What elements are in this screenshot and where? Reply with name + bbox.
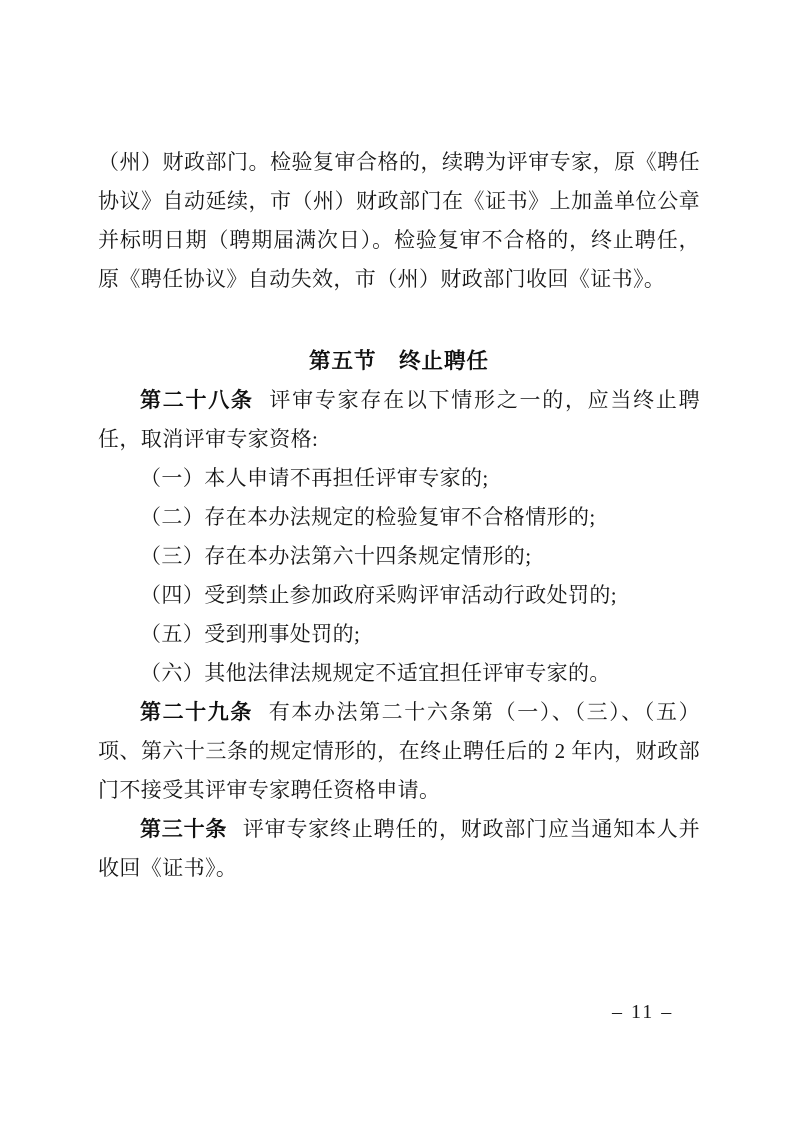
list-item: （三）存在本办法第六十四条规定情形的; <box>98 537 700 576</box>
list-item: （四）受到禁止参加政府采购评审活动行政处罚的; <box>98 576 700 615</box>
article-number: 第三十条 <box>140 817 227 841</box>
list-item: （一）本人申请不再担任评审专家的; <box>98 459 700 498</box>
list-item: （二）存在本办法规定的检验复审不合格情形的; <box>98 498 700 537</box>
list-item: （六）其他法律法规规定不适宜担任评审专家的。 <box>98 654 700 693</box>
page-number: – 11 – <box>612 997 673 1027</box>
paragraph-continuation: （州）财政部门。检验复审合格的，续聘为评审专家，原《聘任协议》自动延续，市（州）… <box>98 143 700 299</box>
article-number: 第二十九条 <box>140 700 253 724</box>
article-number: 第二十八条 <box>140 388 254 412</box>
document-page: （州）财政部门。检验复审合格的，续聘为评审专家，原《聘任协议》自动延续，市（州）… <box>0 0 794 1123</box>
article-paragraph-28: 第二十八条评审专家存在以下情形之一的，应当终止聘任，取消评审专家资格: <box>98 381 700 459</box>
list-item: （五）受到刑事处罚的; <box>98 615 700 654</box>
section-heading: 第五节 终止聘任 <box>98 342 700 381</box>
article-paragraph-30: 第三十条评审专家终止聘任的，财政部门应当通知本人并收回《证书》。 <box>98 810 700 888</box>
article-paragraph-29: 第二十九条有本办法第二十六条第（一）、（三）、（五）项、第六十三条的规定情形的，… <box>98 693 700 810</box>
